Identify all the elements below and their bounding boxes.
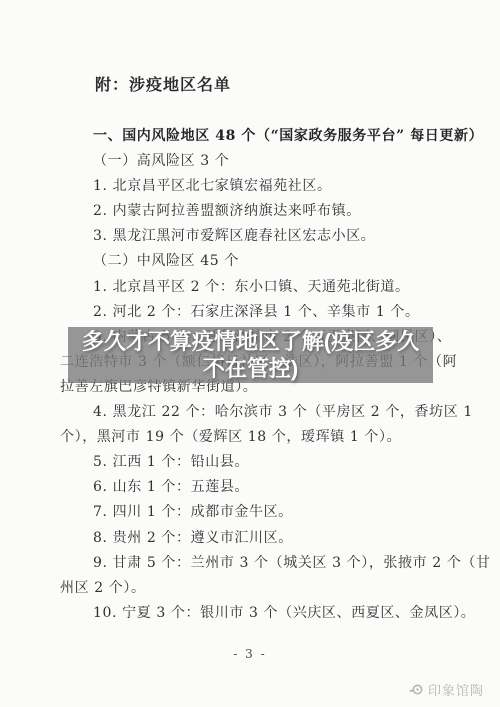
document-line: （二）中风险区 45 个 — [60, 249, 438, 274]
page-number: - 3 - — [0, 647, 500, 661]
document-line: 10. 宁夏 3 个：银川市 3 个（兴庆区、西夏区、金凤区）。 — [60, 601, 438, 626]
document-line: 个），黑河市 19 个（爱辉区 18 个，瑷珲镇 1 个）。 — [60, 425, 438, 450]
document-line: （一）高风险区 3 个 — [60, 149, 438, 174]
document-line: 2. 河北 2 个：石家庄深泽县 1 个、辛集市 1 个。 — [60, 300, 438, 325]
document-line: 8. 贵州 2 个：遵义市汇川区。 — [60, 526, 438, 551]
watermark: 印象馆陶 — [408, 680, 484, 699]
document-page: 附：涉疫地区名单 一、国内风险地区 48 个（“国家政务服务平台” 每日更新）（… — [0, 0, 500, 707]
document-line: 1. 北京昌平区北七家镇宏福苑社区。 — [60, 174, 438, 199]
document-line: 州区 2 个）。 — [60, 576, 438, 601]
document-line: 6. 山东 1 个：五莲县。 — [60, 475, 438, 500]
document-line: 9. 甘肃 5 个：兰州市 3 个（城关区 3 个），张掖市 2 个（甘 — [60, 551, 438, 576]
caption-overlay-line-2: 不在管控) — [203, 355, 298, 382]
attachment-title: 附：涉疫地区名单 — [95, 72, 231, 95]
document-line: 3. 黑龙江黑河市爱辉区鹿春社区宏志小区。 — [60, 224, 438, 249]
watermark-text: 印象馆陶 — [428, 680, 484, 699]
document-line: 2. 内蒙古阿拉善盟额济纳旗达来呼布镇。 — [60, 199, 438, 224]
document-line: 7. 四川 1 个：成都市金牛区。 — [60, 500, 438, 525]
caption-overlay-line-1: 多久才不算疫情地区了解(疫区多久 — [82, 328, 419, 355]
document-line: 4. 黑龙江 22 个：哈尔滨市 3 个（平房区 2 个，香坊区 1 — [60, 400, 438, 425]
caption-overlay-banner: 多久才不算疫情地区了解(疫区多久 不在管控) — [68, 327, 433, 383]
document-line: 1. 北京昌平区 2 个：东小口镇、天通苑北街道。 — [60, 275, 438, 300]
swirl-logo-icon — [408, 682, 423, 697]
document-line: 5. 江西 1 个：铅山县。 — [60, 450, 438, 475]
document-line: 一、国内风险地区 48 个（“国家政务服务平台” 每日更新） — [60, 124, 438, 149]
